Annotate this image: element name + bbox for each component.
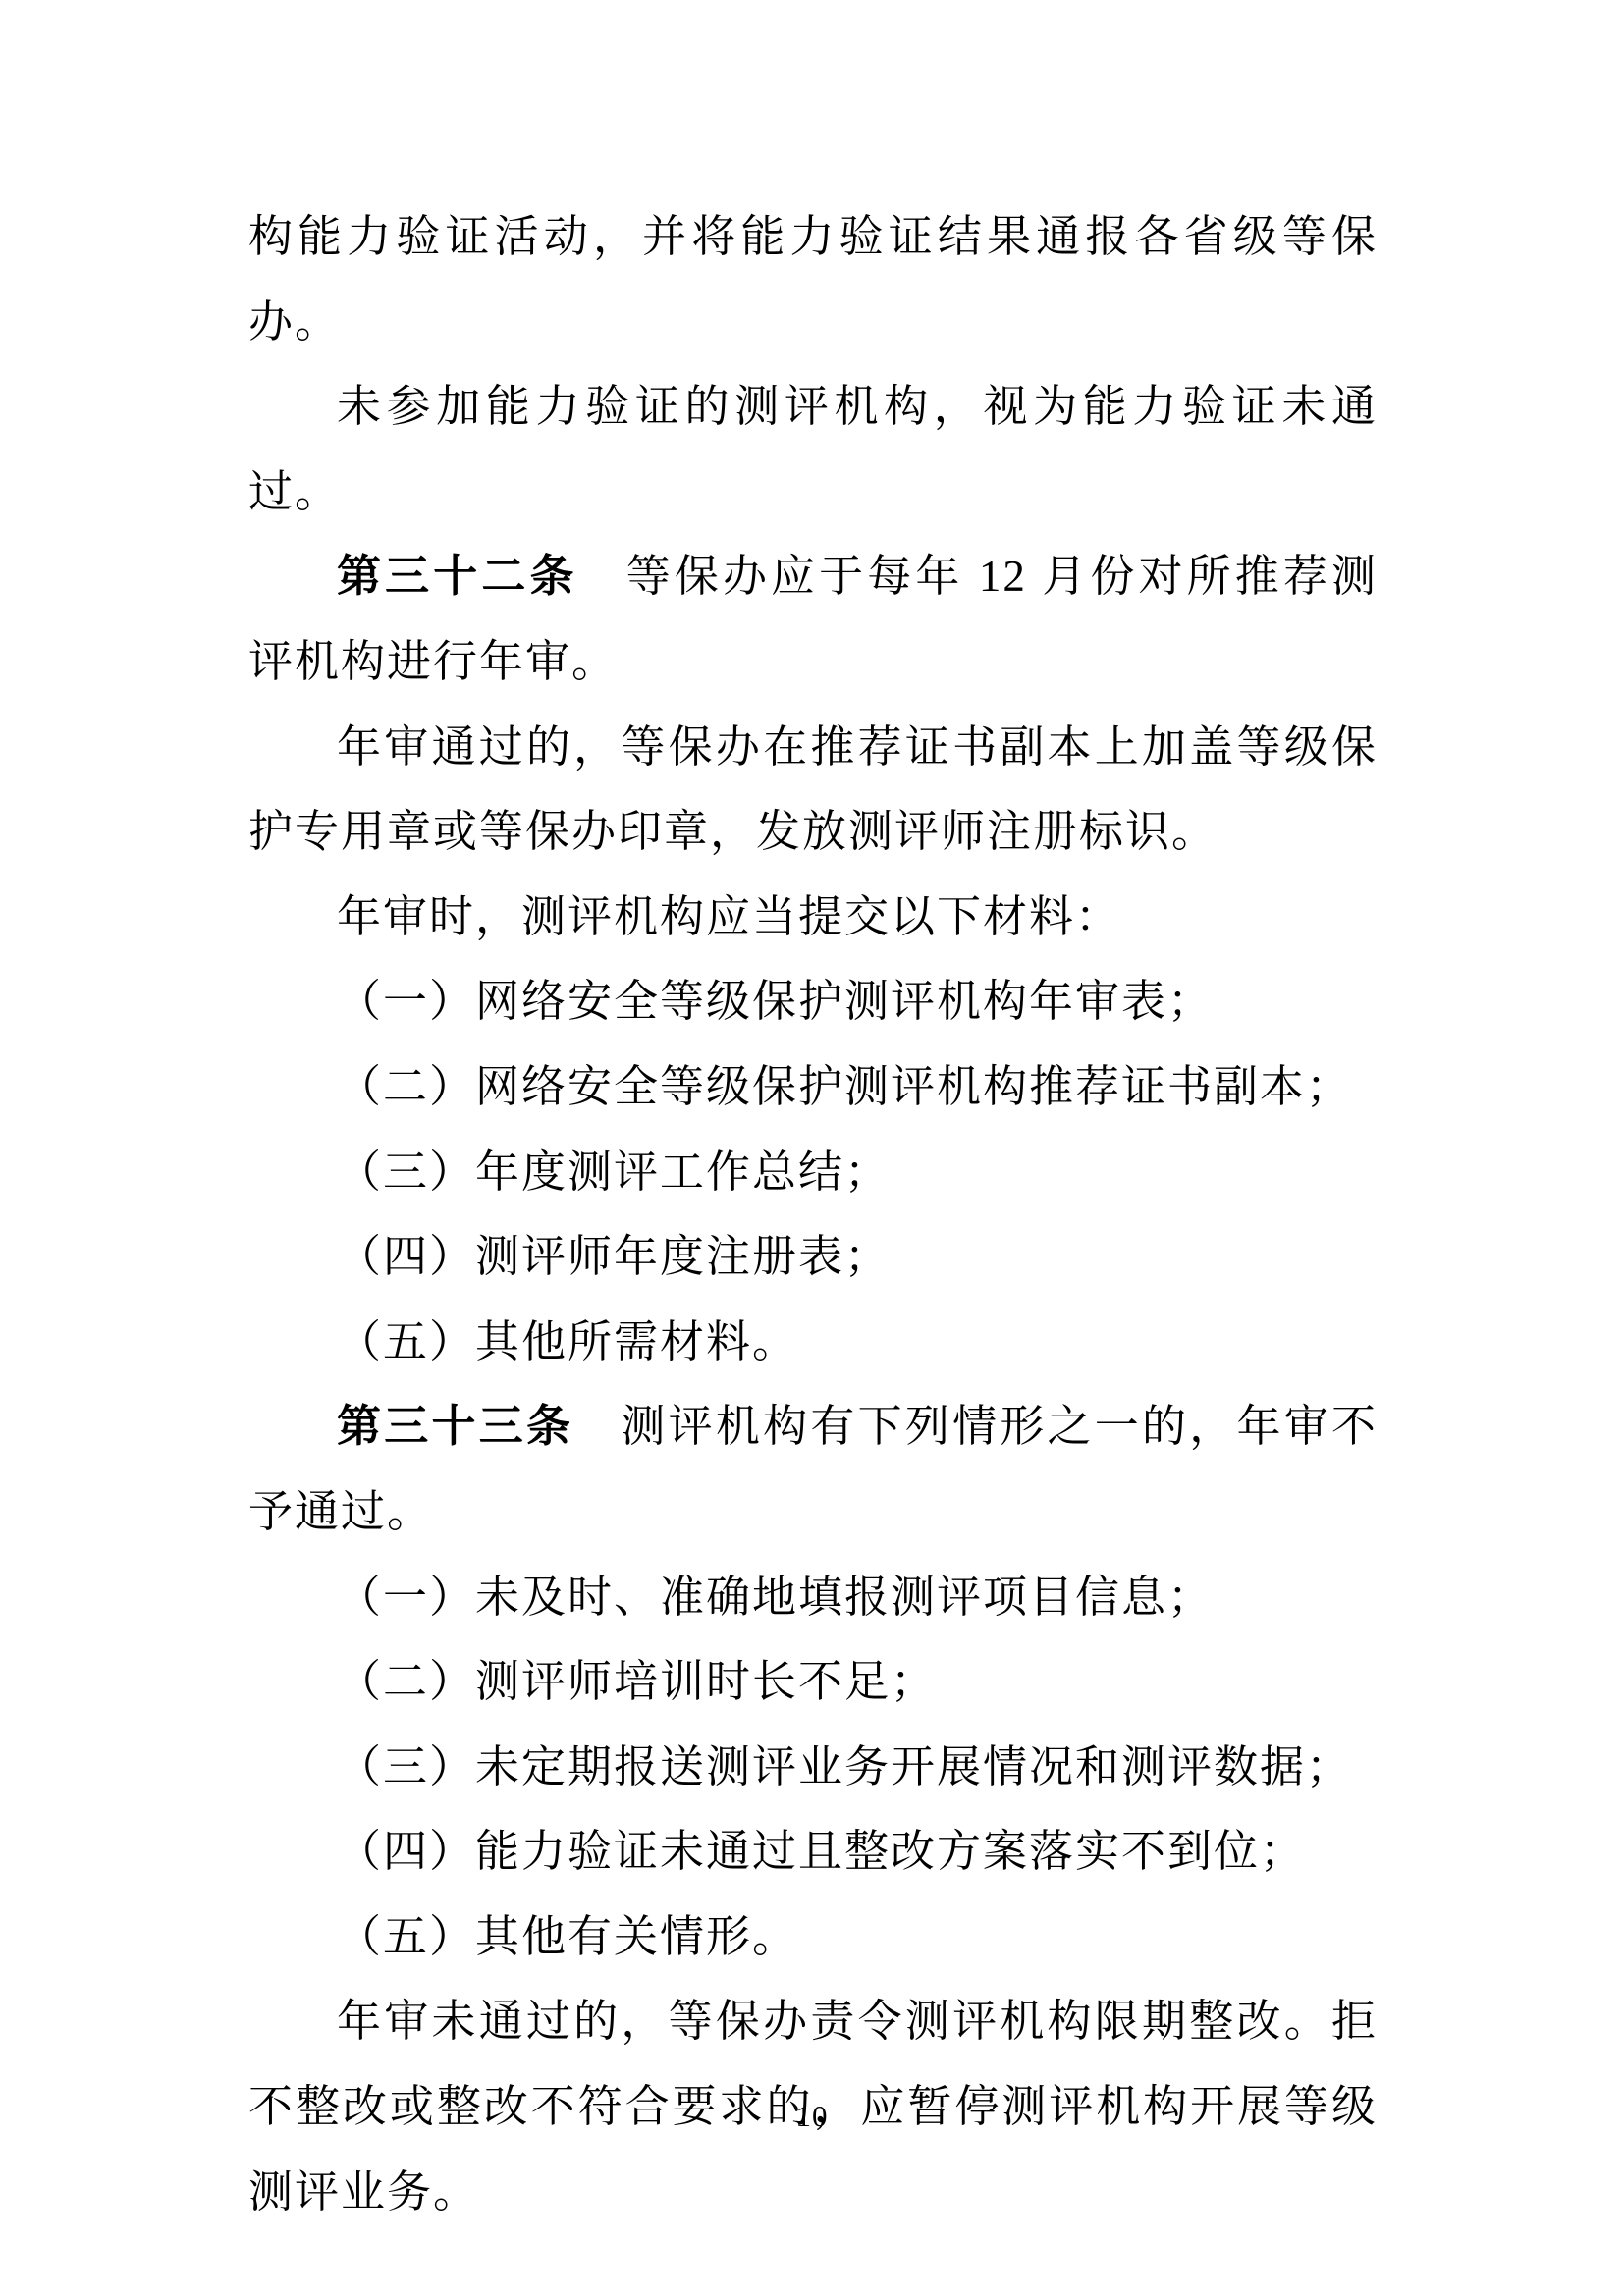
text-run: （四）测评师年度注册表； xyxy=(337,1232,891,1281)
article-heading: 第三十三条 xyxy=(337,1402,573,1451)
text-run: （二）测评师培训时长不足； xyxy=(337,1657,937,1706)
paragraph: 第三十三条 测评机构有下列情形之一的，年审不予通过。 xyxy=(248,1384,1378,1554)
text-run: （三）未定期报送测评业务开展情况和测评数据； xyxy=(337,1742,1352,1791)
document-body: 构能力验证活动，并将能力验证结果通报各省级等保办。未参加能力验证的测评机构，视为… xyxy=(248,194,1378,2234)
paragraph: 年审通过的，等保办在推荐证书副本上加盖等级保护专用章或等保办印章，发放测评师注册… xyxy=(248,705,1378,875)
text-run: 年审通过的，等保办在推荐证书副本上加盖等级保护专用章或等保办印章，发放测评师注册… xyxy=(248,722,1378,857)
paragraph: （三）年度测评工作总结； xyxy=(248,1130,1378,1215)
paragraph: 构能力验证活动，并将能力验证结果通报各省级等保办。 xyxy=(248,194,1378,364)
text-run: （一）未及时、准确地填报测评项目信息； xyxy=(337,1573,1214,1622)
paragraph: （一）未及时、准确地填报测评项目信息； xyxy=(248,1555,1378,1640)
paragraph: （五）其他所需材料。 xyxy=(248,1300,1378,1385)
paragraph: （一）网络安全等级保护测评机构年审表； xyxy=(248,959,1378,1044)
document-page: 构能力验证活动，并将能力验证结果通报各省级等保办。未参加能力验证的测评机构，视为… xyxy=(0,0,1624,2296)
text-run: （五）其他所需材料。 xyxy=(337,1317,798,1366)
paragraph: （三）未定期报送测评业务开展情况和测评数据； xyxy=(248,1725,1378,1810)
paragraph: （二）测评师培训时长不足； xyxy=(248,1639,1378,1725)
paragraph: （五）其他有关情形。 xyxy=(248,1895,1378,1980)
paragraph: 未参加能力验证的测评机构，视为能力验证未通过。 xyxy=(248,364,1378,534)
paragraph: 第三十二条 等保办应于每年 12 月份对所推荐测评机构进行年审。 xyxy=(248,534,1378,704)
text-run: （三）年度测评工作总结； xyxy=(337,1148,891,1197)
text-run: （一）网络安全等级保护测评机构年审表； xyxy=(337,977,1214,1026)
paragraph: （四）能力验证未通过且整改方案落实不到位； xyxy=(248,1809,1378,1895)
text-run: 构能力验证活动，并将能力验证结果通报各省级等保办。 xyxy=(248,212,1378,347)
text-run: （二）网络安全等级保护测评机构推荐证书副本； xyxy=(337,1062,1352,1111)
text-run: （四）能力验证未通过且整改方案落实不到位； xyxy=(337,1827,1306,1876)
paragraph: 年审时，测评机构应当提交以下材料： xyxy=(248,875,1378,960)
text-run: 年审时，测评机构应当提交以下材料： xyxy=(337,892,1121,941)
paragraph: （四）测评师年度注册表； xyxy=(248,1214,1378,1300)
text-run: 未参加能力验证的测评机构，视为能力验证未通过。 xyxy=(248,382,1378,516)
page-number: 10 xyxy=(0,2099,1624,2134)
article-heading: 第三十二条 xyxy=(337,552,578,601)
text-run: （五）其他有关情形。 xyxy=(337,1912,798,1961)
paragraph: （二）网络安全等级保护测评机构推荐证书副本； xyxy=(248,1044,1378,1130)
